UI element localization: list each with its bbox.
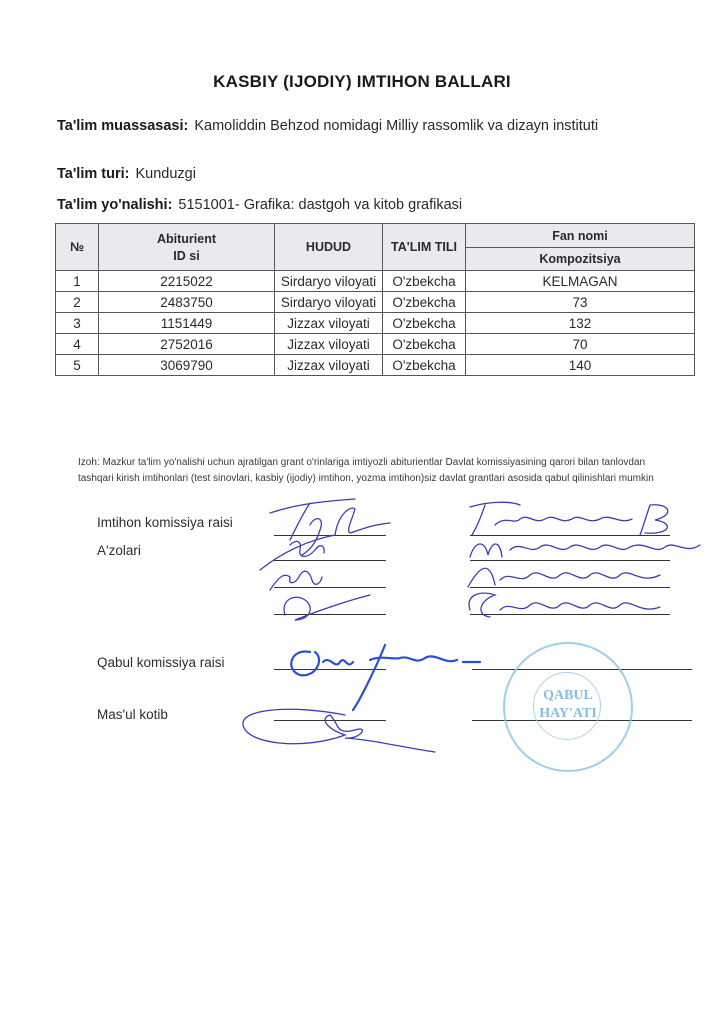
institution-label: Ta'lim muassasasi: <box>57 118 188 134</box>
direction-label: Ta'lim yo'nalishi: <box>57 197 172 213</box>
direction-value: 5151001- Grafika: dastgoh va kitob grafi… <box>178 197 462 213</box>
handwritten-signatures-bottom <box>235 630 485 760</box>
direction-row: Ta'lim yo'nalishi:5151001- Grafika: dast… <box>57 197 462 213</box>
cell-number: 4 <box>56 334 99 355</box>
institution-row: Ta'lim muassasasi:Kamoliddin Behzod nomi… <box>57 118 598 134</box>
cell-score: 132 <box>466 313 695 334</box>
admission-stamp: QABUL HAY'ATI <box>503 642 633 772</box>
institution-value: Kamoliddin Behzod nomidagi Milliy rassom… <box>194 118 598 134</box>
stamp-text-line1: QABUL <box>505 688 631 704</box>
label-admission-commission-chair: Qabul komissiya raisi <box>97 655 225 670</box>
header-applicant-id-line2: ID si <box>99 249 274 263</box>
header-applicant-id: Abiturient ID si <box>99 224 275 271</box>
cell-language: O'zbekcha <box>383 313 466 334</box>
education-type-label: Ta'lim turi: <box>57 166 129 182</box>
cell-number: 5 <box>56 355 99 376</box>
cell-number: 1 <box>56 271 99 292</box>
cell-applicant-id: 3069790 <box>99 355 275 376</box>
header-applicant-id-line1: Abiturient <box>99 232 274 246</box>
cell-applicant-id: 1151449 <box>99 313 275 334</box>
label-secretary: Mas'ul kotib <box>97 707 168 722</box>
cell-applicant-id: 2215022 <box>99 271 275 292</box>
cell-score: 140 <box>466 355 695 376</box>
cell-region: Sirdaryo viloyati <box>275 271 383 292</box>
handwritten-signatures-left <box>240 495 410 635</box>
scores-table: № Abiturient ID si HUDUD TA'LIM TILI Fan… <box>55 223 695 376</box>
handwritten-names-right <box>460 495 720 625</box>
education-type-row: Ta'lim turi:Kunduzgi <box>57 166 196 182</box>
cell-region: Jizzax viloyati <box>275 313 383 334</box>
cell-number: 3 <box>56 313 99 334</box>
header-language: TA'LIM TILI <box>383 224 466 271</box>
cell-applicant-id: 2752016 <box>99 334 275 355</box>
cell-region: Jizzax viloyati <box>275 355 383 376</box>
cell-language: O'zbekcha <box>383 271 466 292</box>
note: Izoh: Mazkur ta'lim yo'nalishi uchun ajr… <box>78 455 718 487</box>
table-row: 53069790Jizzax viloyatiO'zbekcha140 <box>56 355 695 376</box>
table-row: 12215022Sirdaryo viloyatiO'zbekchaKELMAG… <box>56 271 695 292</box>
cell-language: O'zbekcha <box>383 292 466 313</box>
document-title: KASBIY (IJODIY) IMTIHON BALLARI <box>0 72 724 92</box>
note-line2: tashqari kirish imtihonlari (test sinovl… <box>78 471 718 487</box>
cell-score: KELMAGAN <box>466 271 695 292</box>
note-line1: Izoh: Mazkur ta'lim yo'nalishi uchun ajr… <box>78 455 718 471</box>
stamp-text-line2: HAY'ATI <box>505 706 631 722</box>
table-body: 12215022Sirdaryo viloyatiO'zbekchaKELMAG… <box>56 271 695 376</box>
header-region: HUDUD <box>275 224 383 271</box>
cell-language: O'zbekcha <box>383 355 466 376</box>
header-subject: Kompozitsiya <box>466 248 695 271</box>
cell-score: 73 <box>466 292 695 313</box>
table-row: 42752016Jizzax viloyatiO'zbekcha70 <box>56 334 695 355</box>
label-members: A'zolari <box>97 543 141 558</box>
education-type-value: Kunduzgi <box>135 166 195 182</box>
header-subject-group: Fan nomi <box>466 224 695 248</box>
cell-number: 2 <box>56 292 99 313</box>
cell-score: 70 <box>466 334 695 355</box>
cell-region: Sirdaryo viloyati <box>275 292 383 313</box>
table-row: 31151449Jizzax viloyatiO'zbekcha132 <box>56 313 695 334</box>
cell-applicant-id: 2483750 <box>99 292 275 313</box>
cell-language: O'zbekcha <box>383 334 466 355</box>
label-exam-commission-chair: Imtihon komissiya raisi <box>97 515 233 530</box>
header-number: № <box>56 224 99 271</box>
cell-region: Jizzax viloyati <box>275 334 383 355</box>
table-row: 22483750Sirdaryo viloyatiO'zbekcha73 <box>56 292 695 313</box>
